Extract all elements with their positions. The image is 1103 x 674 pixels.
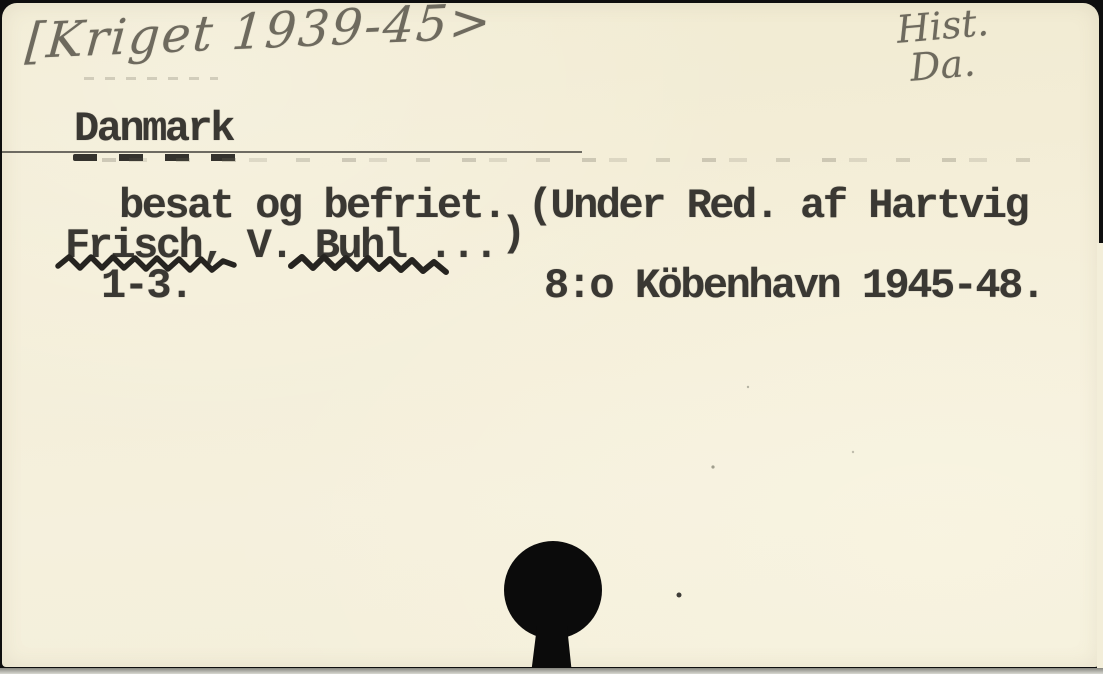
index-card: [Kriget 1939-45> Hist. Da. Danmark besat… — [2, 3, 1099, 667]
paper-speck — [711, 465, 714, 468]
body-line-1: besat og befriet. (Under Red. af Hartvig — [119, 185, 1027, 227]
volume-statement: 1-3. — [101, 265, 192, 307]
paper-speck — [747, 386, 749, 388]
classification-line-2: Da. — [908, 42, 993, 88]
ghost-ink-transfer-row — [102, 158, 1060, 162]
ink-speck — [677, 593, 682, 598]
body-line-2-middle: V. — [224, 222, 315, 270]
ink-overlay — [0, 0, 1103, 674]
ghost-ink-transfer-heading — [84, 77, 218, 80]
paper-speck — [852, 451, 854, 453]
card-right-edge — [1097, 243, 1103, 674]
author-buhl: Buhl ... — [315, 222, 497, 270]
scan-bottom-edge — [0, 668, 1103, 674]
body-line-2: Frisch, V. Buhl ... — [65, 225, 496, 267]
handwritten-classification: Hist. Da. — [895, 3, 994, 88]
imprint-statement: 8:o Köbenhavn 1945-48. — [544, 265, 1044, 307]
punch-hole-icon — [504, 541, 602, 674]
horizontal-rule — [2, 151, 582, 153]
card-heading: Danmark — [74, 108, 233, 150]
handwritten-subject-annotation: [Kriget 1939-45> — [23, 0, 494, 70]
catalog-card-scan: [Kriget 1939-45> Hist. Da. Danmark besat… — [0, 0, 1103, 674]
closing-parenthesis: ) — [501, 213, 524, 255]
